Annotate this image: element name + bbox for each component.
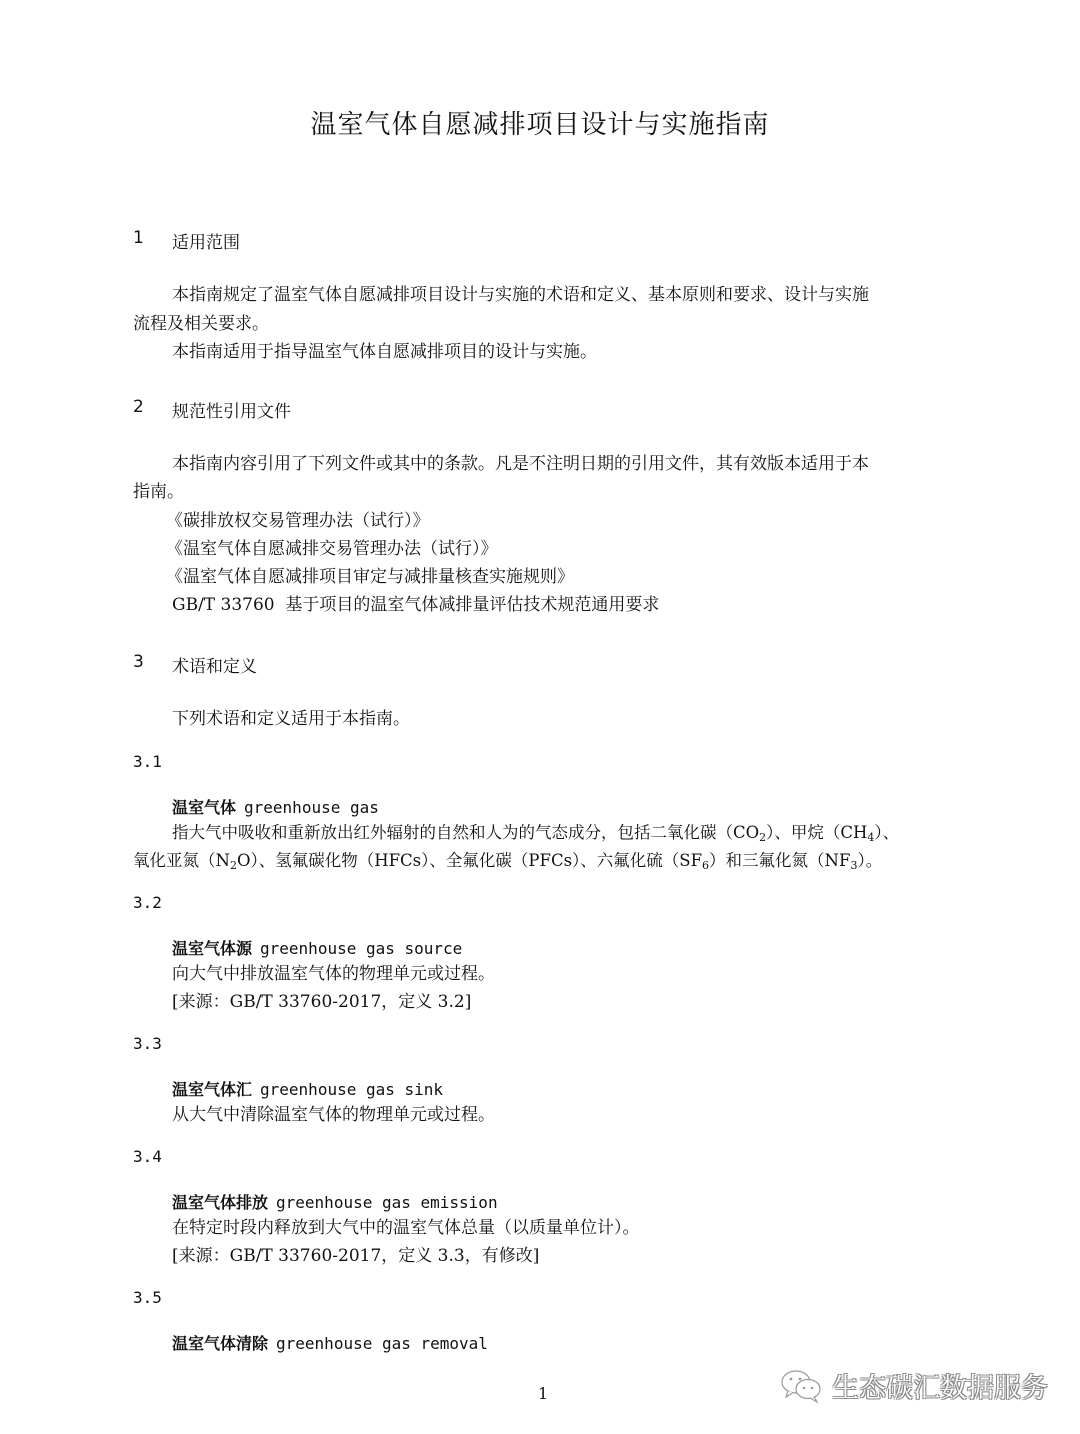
section-3-intro: 下列术语和定义适用于本指南。 bbox=[172, 709, 410, 729]
term-heading: 温室气体greenhouse gas bbox=[172, 795, 379, 818]
term-zh: 温室气体清除 bbox=[172, 1334, 268, 1353]
term-number: 3.4 bbox=[133, 1147, 162, 1166]
document-title: 温室气体自愿减排项目设计与实施指南 bbox=[0, 104, 1080, 141]
term-en: greenhouse gas source bbox=[260, 939, 462, 958]
section-3-title: 术语和定义 bbox=[172, 652, 257, 677]
term-source: [来源：GB/T 33760-2017，定义 3.2] bbox=[172, 992, 471, 1012]
term-heading: 温室气体汇greenhouse gas sink bbox=[172, 1077, 443, 1100]
section-1-paragraph-2: 本指南适用于指导温室气体自愿减排项目的设计与实施。 bbox=[172, 342, 597, 362]
section-2-paragraph-line-1: 本指南内容引用了下列文件或其中的条款。凡是不注明日期的引用文件，其有效版本适用于… bbox=[172, 454, 869, 474]
term-en: greenhouse gas sink bbox=[260, 1080, 443, 1099]
term-zh: 温室气体 bbox=[172, 798, 236, 817]
watermark: 生态碳汇数据服务 bbox=[780, 1366, 1048, 1405]
term-en: greenhouse gas emission bbox=[276, 1193, 498, 1212]
section-2-title: 规范性引用文件 bbox=[172, 397, 291, 422]
section-1-title: 适用范围 bbox=[172, 228, 240, 253]
reference-item: 《温室气体自愿减排项目审定与减排量核查实施规则》 bbox=[166, 567, 574, 587]
reference-item: GB/T 33760 基于项目的温室气体减排量评估技术规范通用要求 bbox=[172, 595, 659, 615]
term-zh: 温室气体源 bbox=[172, 939, 252, 958]
term-en: greenhouse gas removal bbox=[276, 1334, 488, 1353]
section-2-paragraph-line-2: 指南。 bbox=[133, 482, 184, 502]
term-heading: 温室气体清除greenhouse gas removal bbox=[172, 1331, 488, 1354]
term-definition-line-2: 氧化亚氮（N2O）、氢氟碳化物（HFCs）、全氟化碳（PFCs）、六氟化硫（SF… bbox=[133, 851, 882, 871]
term-source: [来源：GB/T 33760-2017，定义 3.3，有修改] bbox=[172, 1246, 539, 1266]
section-1-number: 1 bbox=[133, 228, 144, 248]
watermark-text: 生态碳汇数据服务 bbox=[832, 1366, 1048, 1405]
term-number: 3.2 bbox=[133, 893, 162, 912]
term-heading: 温室气体源greenhouse gas source bbox=[172, 936, 462, 959]
term-definition: 向大气中排放温室气体的物理单元或过程。 bbox=[172, 964, 495, 984]
section-1-paragraph-1-line-1: 本指南规定了温室气体自愿减排项目设计与实施的术语和定义、基本原则和要求、设计与实… bbox=[172, 285, 869, 305]
term-heading: 温室气体排放greenhouse gas emission bbox=[172, 1190, 498, 1213]
term-number: 3.3 bbox=[133, 1034, 162, 1053]
term-definition-line-1: 指大气中吸收和重新放出红外辐射的自然和人为的气态成分，包括二氧化碳（CO2）、甲… bbox=[172, 823, 899, 843]
reference-item: 《碳排放权交易管理办法（试行）》 bbox=[166, 511, 430, 531]
section-1-paragraph-1-line-2: 流程及相关要求。 bbox=[133, 314, 269, 334]
term-number: 3.5 bbox=[133, 1288, 162, 1307]
wechat-icon bbox=[780, 1368, 824, 1404]
term-definition: 在特定时段内释放到大气中的温室气体总量（以质量单位计）。 bbox=[172, 1218, 640, 1238]
term-zh: 温室气体排放 bbox=[172, 1193, 268, 1212]
section-3-number: 3 bbox=[133, 652, 144, 672]
term-number: 3.1 bbox=[133, 752, 162, 771]
page-number: 1 bbox=[538, 1384, 548, 1403]
term-zh: 温室气体汇 bbox=[172, 1080, 252, 1099]
term-en: greenhouse gas bbox=[244, 798, 379, 817]
section-2-number: 2 bbox=[133, 397, 144, 417]
reference-item: 《温室气体自愿减排交易管理办法（试行）》 bbox=[166, 539, 498, 559]
term-definition: 从大气中清除温室气体的物理单元或过程。 bbox=[172, 1105, 495, 1125]
